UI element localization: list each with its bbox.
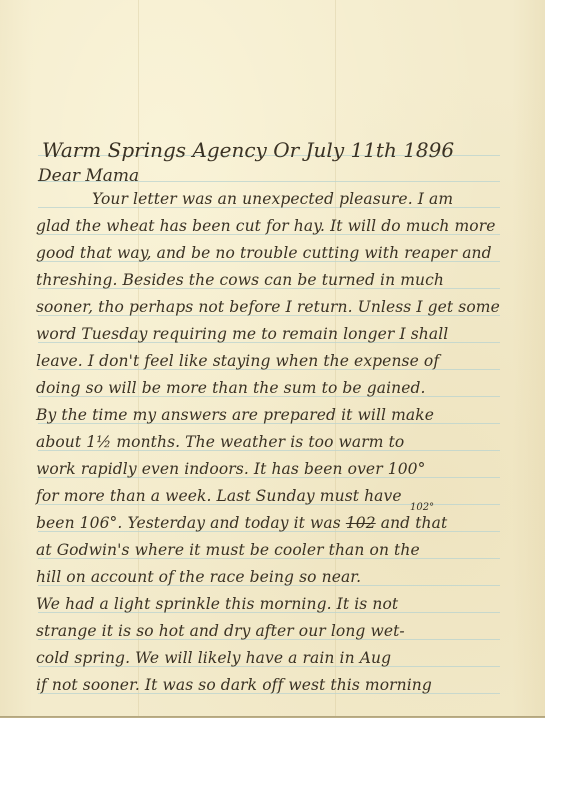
letter-salutation: Dear Mama xyxy=(38,166,139,186)
letter-line-tail: and that xyxy=(381,514,448,532)
letter-line: work rapidly even indoors. It has been o… xyxy=(36,462,425,478)
letter-line: hill on account of the race being so nea… xyxy=(36,570,361,586)
letter-line: Your letter was an unexpected pleasure. … xyxy=(92,192,453,208)
letter-line: We had a light sprinkle this morning. It… xyxy=(36,597,398,613)
letter-line: sooner, tho perhaps not before I return.… xyxy=(36,300,500,316)
letter-line-text: been 106°. Yesterday and today it was xyxy=(36,514,341,532)
letter-line: good that way, and be no trouble cutting… xyxy=(36,246,492,262)
letter-line: leave. I don't feel like staying when th… xyxy=(36,354,439,370)
letter-line: strange it is so hot and dry after our l… xyxy=(36,624,405,640)
struck-text: 102 xyxy=(346,514,376,532)
letter-heading: Warm Springs Agency Or July 11th 1896 xyxy=(42,138,454,162)
letter-line: cold spring. We will likely have a rain … xyxy=(36,651,391,667)
letter-page: Warm Springs Agency Or July 11th 1896 De… xyxy=(0,0,545,717)
letter-line: been 106°. Yesterday and today it was 10… xyxy=(36,516,447,532)
letter-line: for more than a week. Last Sunday must h… xyxy=(36,489,402,505)
letter-line: about 1½ months. The weather is too warm… xyxy=(36,435,404,451)
letter-line: doing so will be more than the sum to be… xyxy=(36,381,426,397)
letter-line: threshing. Besides the cows can be turne… xyxy=(36,273,444,289)
letter-line: By the time my answers are prepared it w… xyxy=(36,408,434,424)
letter-line: glad the wheat has been cut for hay. It … xyxy=(36,219,496,235)
letter-line: word Tuesday requiring me to remain long… xyxy=(36,327,448,343)
superscript-correction: 102° xyxy=(410,502,434,513)
letter-line: at Godwin's where it must be cooler than… xyxy=(36,543,420,559)
letter-line: if not sooner. It was so dark off west t… xyxy=(36,678,432,694)
